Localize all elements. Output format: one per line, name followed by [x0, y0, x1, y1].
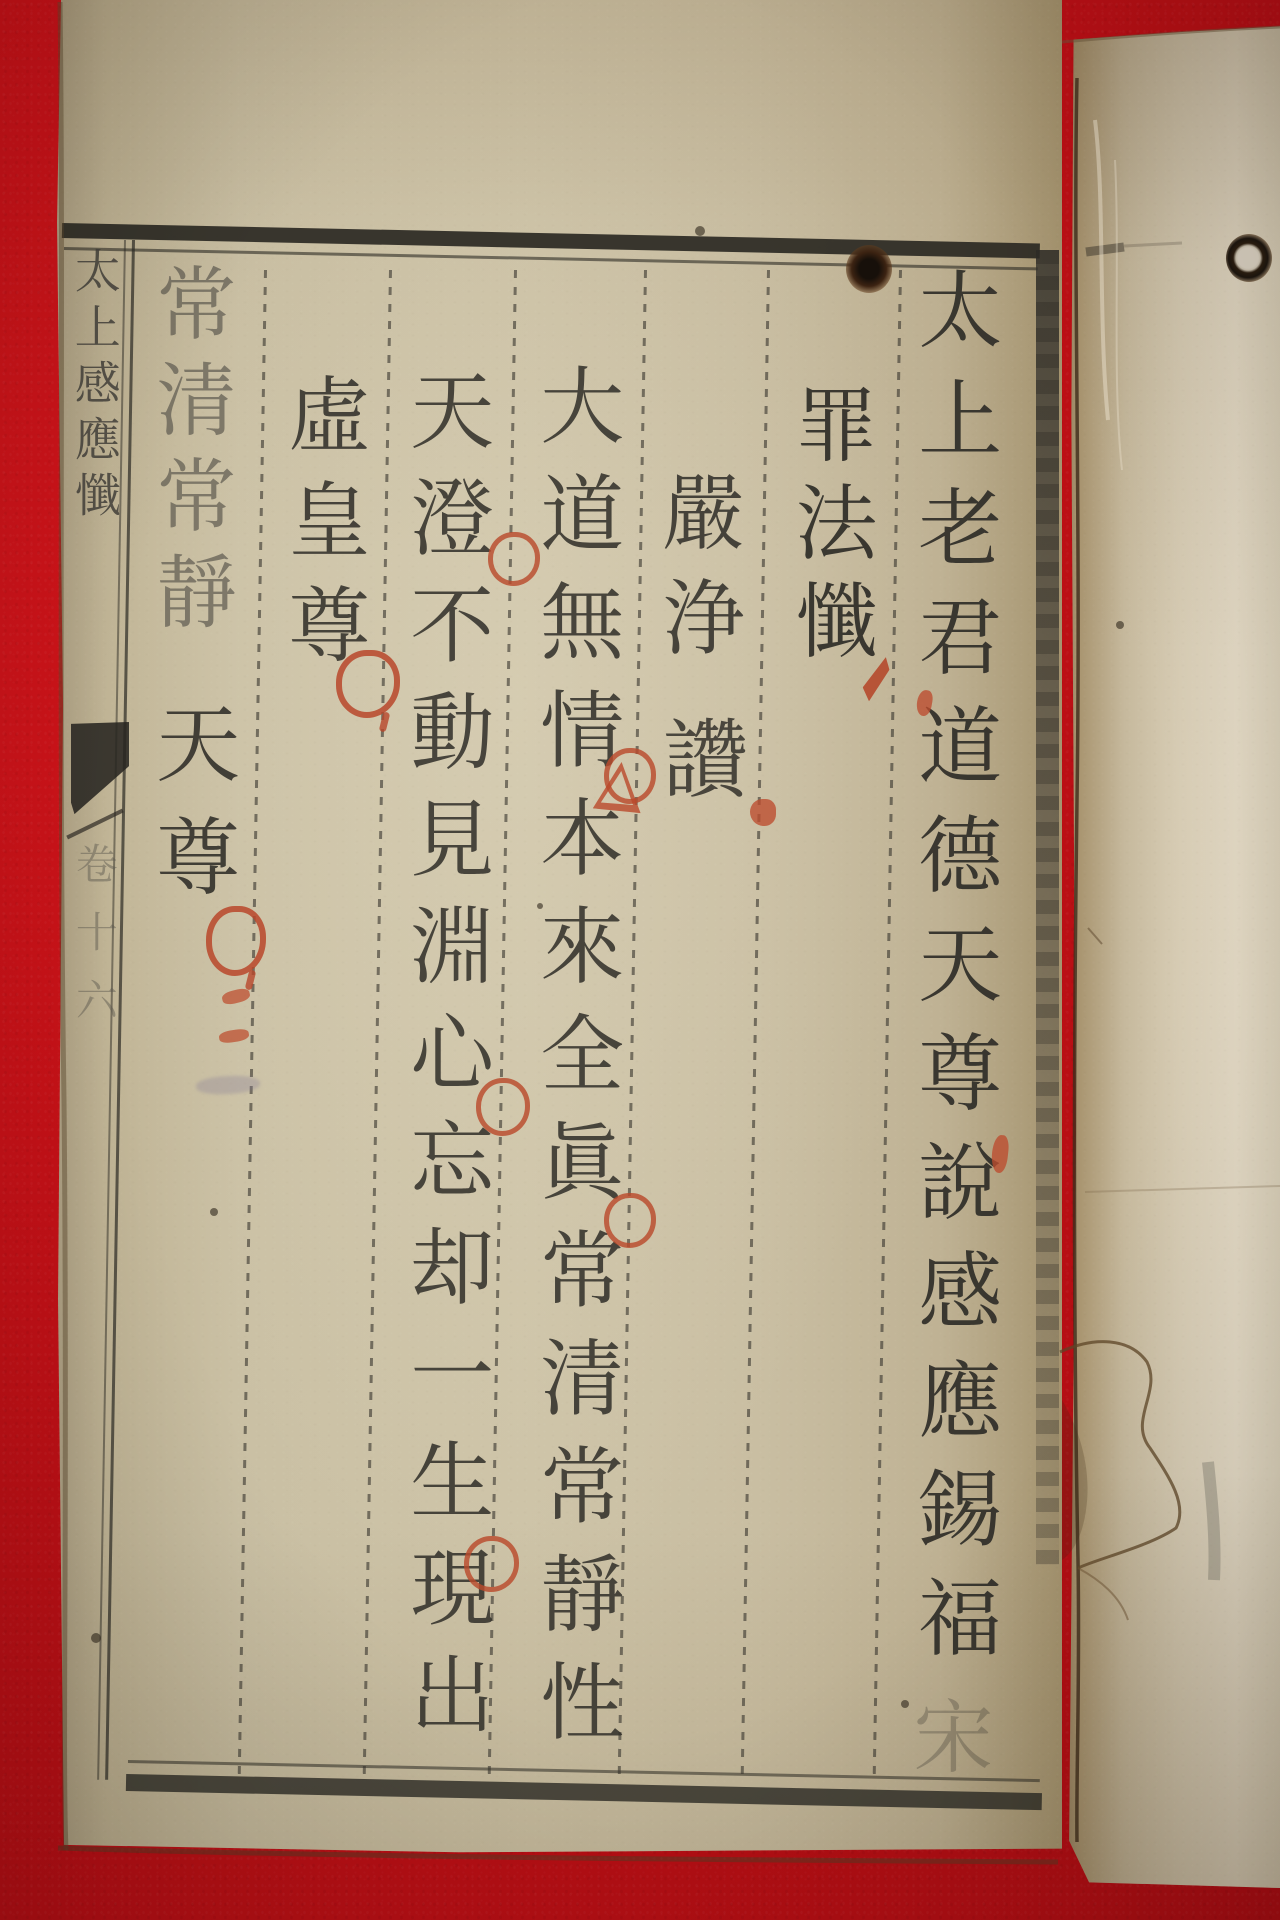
text-column-volume-label: 卷十六 [73, 842, 115, 1046]
paper-speck-4 [537, 903, 543, 909]
vermilion-tick-mark-9 [218, 1028, 250, 1045]
text-column-hymn-line-3: 虛皇尊 [281, 372, 363, 687]
vermilion-dab-mark-14 [750, 799, 776, 826]
printed-text-block: 太上老君道德天尊說感應錫福宋罪法懺嚴浄讚大道無情本來全眞常清常靜性天澄不動見淵心… [0, 0, 1280, 1920]
top-border-thick [62, 223, 1040, 258]
burn-hole-right-page [1226, 234, 1272, 282]
text-column-section: 罪法懺 [788, 382, 870, 676]
vermilion-ring-mark-1 [488, 532, 540, 586]
vermilion-ringtail-mark-6 [336, 650, 400, 718]
text-column-subsection: 嚴浄 [655, 470, 737, 680]
text-column-title: 太上老君道德天尊說感應錫福 [912, 266, 996, 1683]
paper-speck-6 [901, 1700, 909, 1708]
bottom-border-thick [126, 1774, 1042, 1810]
column-rule-1 [238, 270, 267, 1775]
text-column-hymn-line-1: 大道無情本來全眞常清常靜性 [534, 362, 618, 1766]
column-rule-5 [741, 270, 770, 1775]
paper-speck-2 [210, 1208, 218, 1216]
text-column-margin-title: 太上感應懺 [72, 247, 118, 527]
text-column-title-faded: 宋 [906, 1695, 986, 1775]
paper-speck-1 [695, 226, 705, 236]
right-border-bar [1036, 250, 1059, 1565]
paper-speck-3 [91, 1633, 101, 1643]
vermilion-ring-mark-3 [604, 1193, 656, 1248]
text-column-refrain-1: 常清常靜 [149, 262, 229, 646]
text-column-hymn-label: 讚 [655, 714, 741, 800]
vermilion-ring-mark-5 [464, 1536, 519, 1592]
vermilion-tick-mark-8 [221, 987, 251, 1006]
paper-speck-5 [1116, 621, 1124, 629]
burn-spot-on-border [846, 245, 892, 293]
column-rule-6 [873, 270, 902, 1775]
book-photo: 太上老君道德天尊說感應錫福宋罪法懺嚴浄讚大道無情本來全眞常清常靜性天澄不動見淵心… [0, 0, 1280, 1920]
fishtail-printers-mark [71, 722, 129, 818]
vermilion-ring-mark-4 [476, 1078, 530, 1136]
text-column-refrain-2: 天尊 [150, 700, 234, 926]
vermilion-ringtail-mark-7 [206, 906, 266, 976]
